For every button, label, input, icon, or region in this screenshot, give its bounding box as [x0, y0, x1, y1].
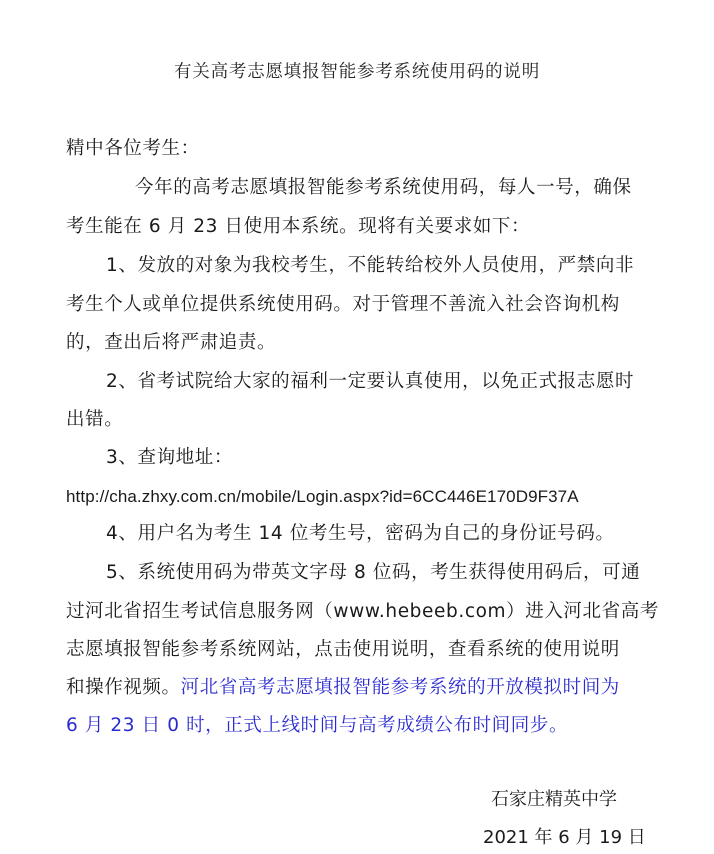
item-2-line-1: 2、省考试院给大家的福利一定要认真使用，以免正式报志愿时	[106, 370, 634, 394]
item-3-label: 3、查询地址：	[106, 446, 233, 470]
item-5-line-1: 5、系统使用码为带英文字母 8 位码，考生获得使用码后，可通	[106, 561, 640, 585]
item-1-line-3: 的，查出后将严肃追责。	[66, 331, 276, 355]
item-1-line-2: 考生个人或单位提供系统使用码。对于管理不善流入社会咨询机构	[66, 293, 620, 317]
item-5-line-2: 过河北省招生考试信息服务网（www.hebeeb.com）进入河北省高考	[66, 600, 659, 624]
item-5-line-4-blue: 河北省高考志愿填报智能参考系统的开放模拟时间为	[181, 677, 620, 698]
intro-line-2: 考生能在 6 月 23 日使用本系统。现将有关要求如下：	[66, 215, 530, 239]
query-url-link[interactable]: http://cha.zhxy.com.cn/mobile/Login.aspx…	[66, 485, 579, 509]
salutation: 精中各位考生：	[66, 137, 200, 161]
document-title: 有关高考志愿填报智能参考系统使用码的说明	[0, 60, 714, 84]
item-5-line-4: 和操作视频。河北省高考志愿填报智能参考系统的开放模拟时间为	[66, 676, 620, 700]
item-5-line-4-black: 和操作视频。	[66, 677, 181, 698]
item-1-line-1: 1、发放的对象为我校考生，不能转给校外人员使用，严禁向非	[106, 254, 634, 278]
item-5-line-3: 志愿填报智能参考系统网站，点击使用说明，查看系统的使用说明	[66, 638, 620, 662]
signature-school: 石家庄精英中学	[491, 788, 617, 812]
document-page: 有关高考志愿填报智能参考系统使用码的说明 精中各位考生： 今年的高考志愿填报智能…	[0, 0, 714, 854]
item-5-line-5-blue: 6 月 23 日 0 时，正式上线时间与高考成绩公布时间同步。	[66, 714, 568, 738]
item-2-line-2: 出错。	[66, 408, 123, 432]
intro-line-1: 今年的高考志愿填报智能参考系统使用码，每人一号，确保	[135, 176, 632, 200]
item-4-line-1: 4、用户名为考生 14 位考生号，密码为自己的身份证号码。	[106, 522, 614, 546]
signature-date: 2021 年 6 月 19 日	[483, 826, 646, 850]
